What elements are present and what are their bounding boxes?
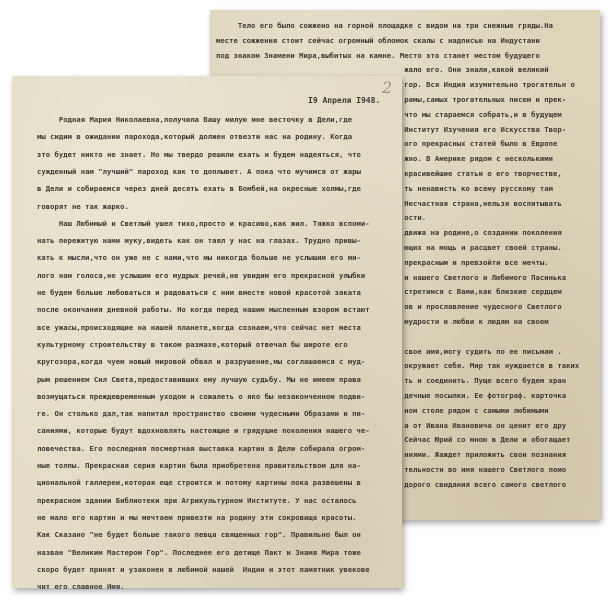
front-text-line: культурному строительству в таком размах… <box>37 341 348 349</box>
front-text-line: ловечества. Его последняя посмертная выс… <box>37 445 365 453</box>
front-text-line: рым решением Сил Света,предоставивших ем… <box>37 376 361 384</box>
front-text-line: нать пережитую нами муку,видеть как он т… <box>37 237 361 245</box>
front-text-line: прекрасном здании Библиотеки при Агрикул… <box>37 497 357 505</box>
front-text-line: саниями, которые будут вдохновлять насто… <box>37 427 370 435</box>
front-text-line: циональной галлереи,которая еще строится… <box>37 479 361 487</box>
front-text-line: ные толпы. Прекрасная серия картин была … <box>37 462 361 470</box>
front-text-line: ге. Он столько дал,так напитал пространс… <box>37 410 365 418</box>
back-text-line: под знаком Знамени Мира,выбитых на камне… <box>216 52 540 60</box>
front-text-line: кругозора,когда чуем новый мировой обвал… <box>37 358 365 366</box>
back-text-line: месте сожжения стоит сейчас огромный обл… <box>216 37 540 45</box>
front-text-line: в Дели и собираемся через дней десять ех… <box>37 185 361 193</box>
back-text-line: жало его. Они знали,какой великий <box>216 66 549 74</box>
back-text-line: Тело его было сожжено на горной площадке… <box>216 22 553 30</box>
front-text-line: сужденный нам "лучший" пароход как то до… <box>37 168 361 176</box>
front-text-line: Как Сказано "не будет больше такого певц… <box>37 531 361 539</box>
front-text-line: чит его славное Имя. <box>37 583 125 591</box>
front-text-line: не будем больше любоваться и радоваться … <box>37 289 361 297</box>
front-text-line: все ужасы,происходящие на нашей планете,… <box>37 324 361 332</box>
front-letter-page: 2 I9 Апреля I948. Родная Мария Николаевн… <box>12 76 402 588</box>
front-text-line: это будет никто не знает. Но мы твердо р… <box>37 151 361 159</box>
front-text-line: после окончания дневной работы. Но когда… <box>37 306 370 314</box>
handwritten-page-number: 2 <box>382 78 392 97</box>
front-text-line: возмущаться преждевременным уходом и сож… <box>37 393 365 401</box>
front-text-line: назван "Великим Мастером Гор". Последнее… <box>37 549 361 557</box>
front-text-line: мы сидим в ожидании парохода,который дол… <box>37 133 352 141</box>
front-text-line: скоро будет принят и узаконен в любимой … <box>37 566 370 574</box>
front-text-line: Наш Любимый и Светлый ушел тихо,просто и… <box>37 220 370 228</box>
front-text-line: не мало его картин и мы мечтаем привезти… <box>37 514 357 522</box>
front-text-line: Родная Мария Николаевна,получила Вашу ми… <box>37 116 352 124</box>
front-text-line: лого нам голоса,не услышим его мудрых ре… <box>37 272 365 280</box>
front-text-line: говорят не так жарко. <box>37 203 129 211</box>
letter-date: I9 Апреля I948. <box>308 96 380 105</box>
front-text-line: кать к мысли,что он уже не с нами,что мы… <box>37 254 361 262</box>
